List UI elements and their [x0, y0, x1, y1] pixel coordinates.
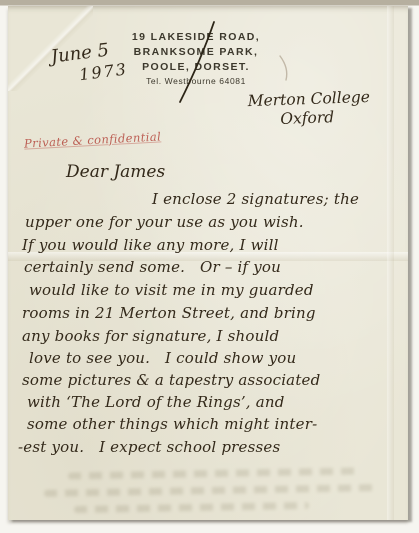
address-merton-college: Merton College Oxford — [247, 88, 371, 130]
letter-line: -est you. I expect school presses — [18, 438, 280, 456]
scanned-letter-photo: 19 LAKESIDE ROAD, BRANKSOME PARK, POOLE,… — [0, 0, 419, 533]
letter-line: love to see you. I could show you — [29, 349, 296, 367]
address-city: Oxford — [280, 107, 371, 129]
letter-line: any books for signature, I should — [22, 327, 279, 345]
letter-line: certainly send some. Or – if you — [24, 258, 281, 276]
reverse-side-showthrough — [74, 502, 309, 513]
confidential-annotation: Private & confidential — [24, 129, 162, 150]
letterhead-street: 19 LAKESIDE ROAD, — [0, 30, 396, 45]
reverse-side-showthrough — [68, 467, 358, 479]
letter-line: If you would like any more, I will — [22, 236, 279, 254]
letter-line: some pictures & a tapestry associated — [22, 371, 320, 389]
letter-line: I enclose 2 signatures; the — [152, 190, 359, 208]
letter-paper: 19 LAKESIDE ROAD, BRANKSOME PARK, POOLE,… — [8, 6, 408, 520]
letter-line: with ‘The Lord of the Rings’, and — [27, 393, 285, 411]
salutation: Dear James — [66, 162, 165, 182]
letter-line: some other things which might inter- — [27, 415, 317, 433]
letter-line: would like to visit me in my guarded — [29, 281, 314, 299]
letter-line: rooms in 21 Merton Street, and bring — [22, 304, 316, 322]
reverse-side-showthrough — [44, 484, 374, 497]
letter-line: upper one for your use as you wish. — [25, 213, 304, 231]
